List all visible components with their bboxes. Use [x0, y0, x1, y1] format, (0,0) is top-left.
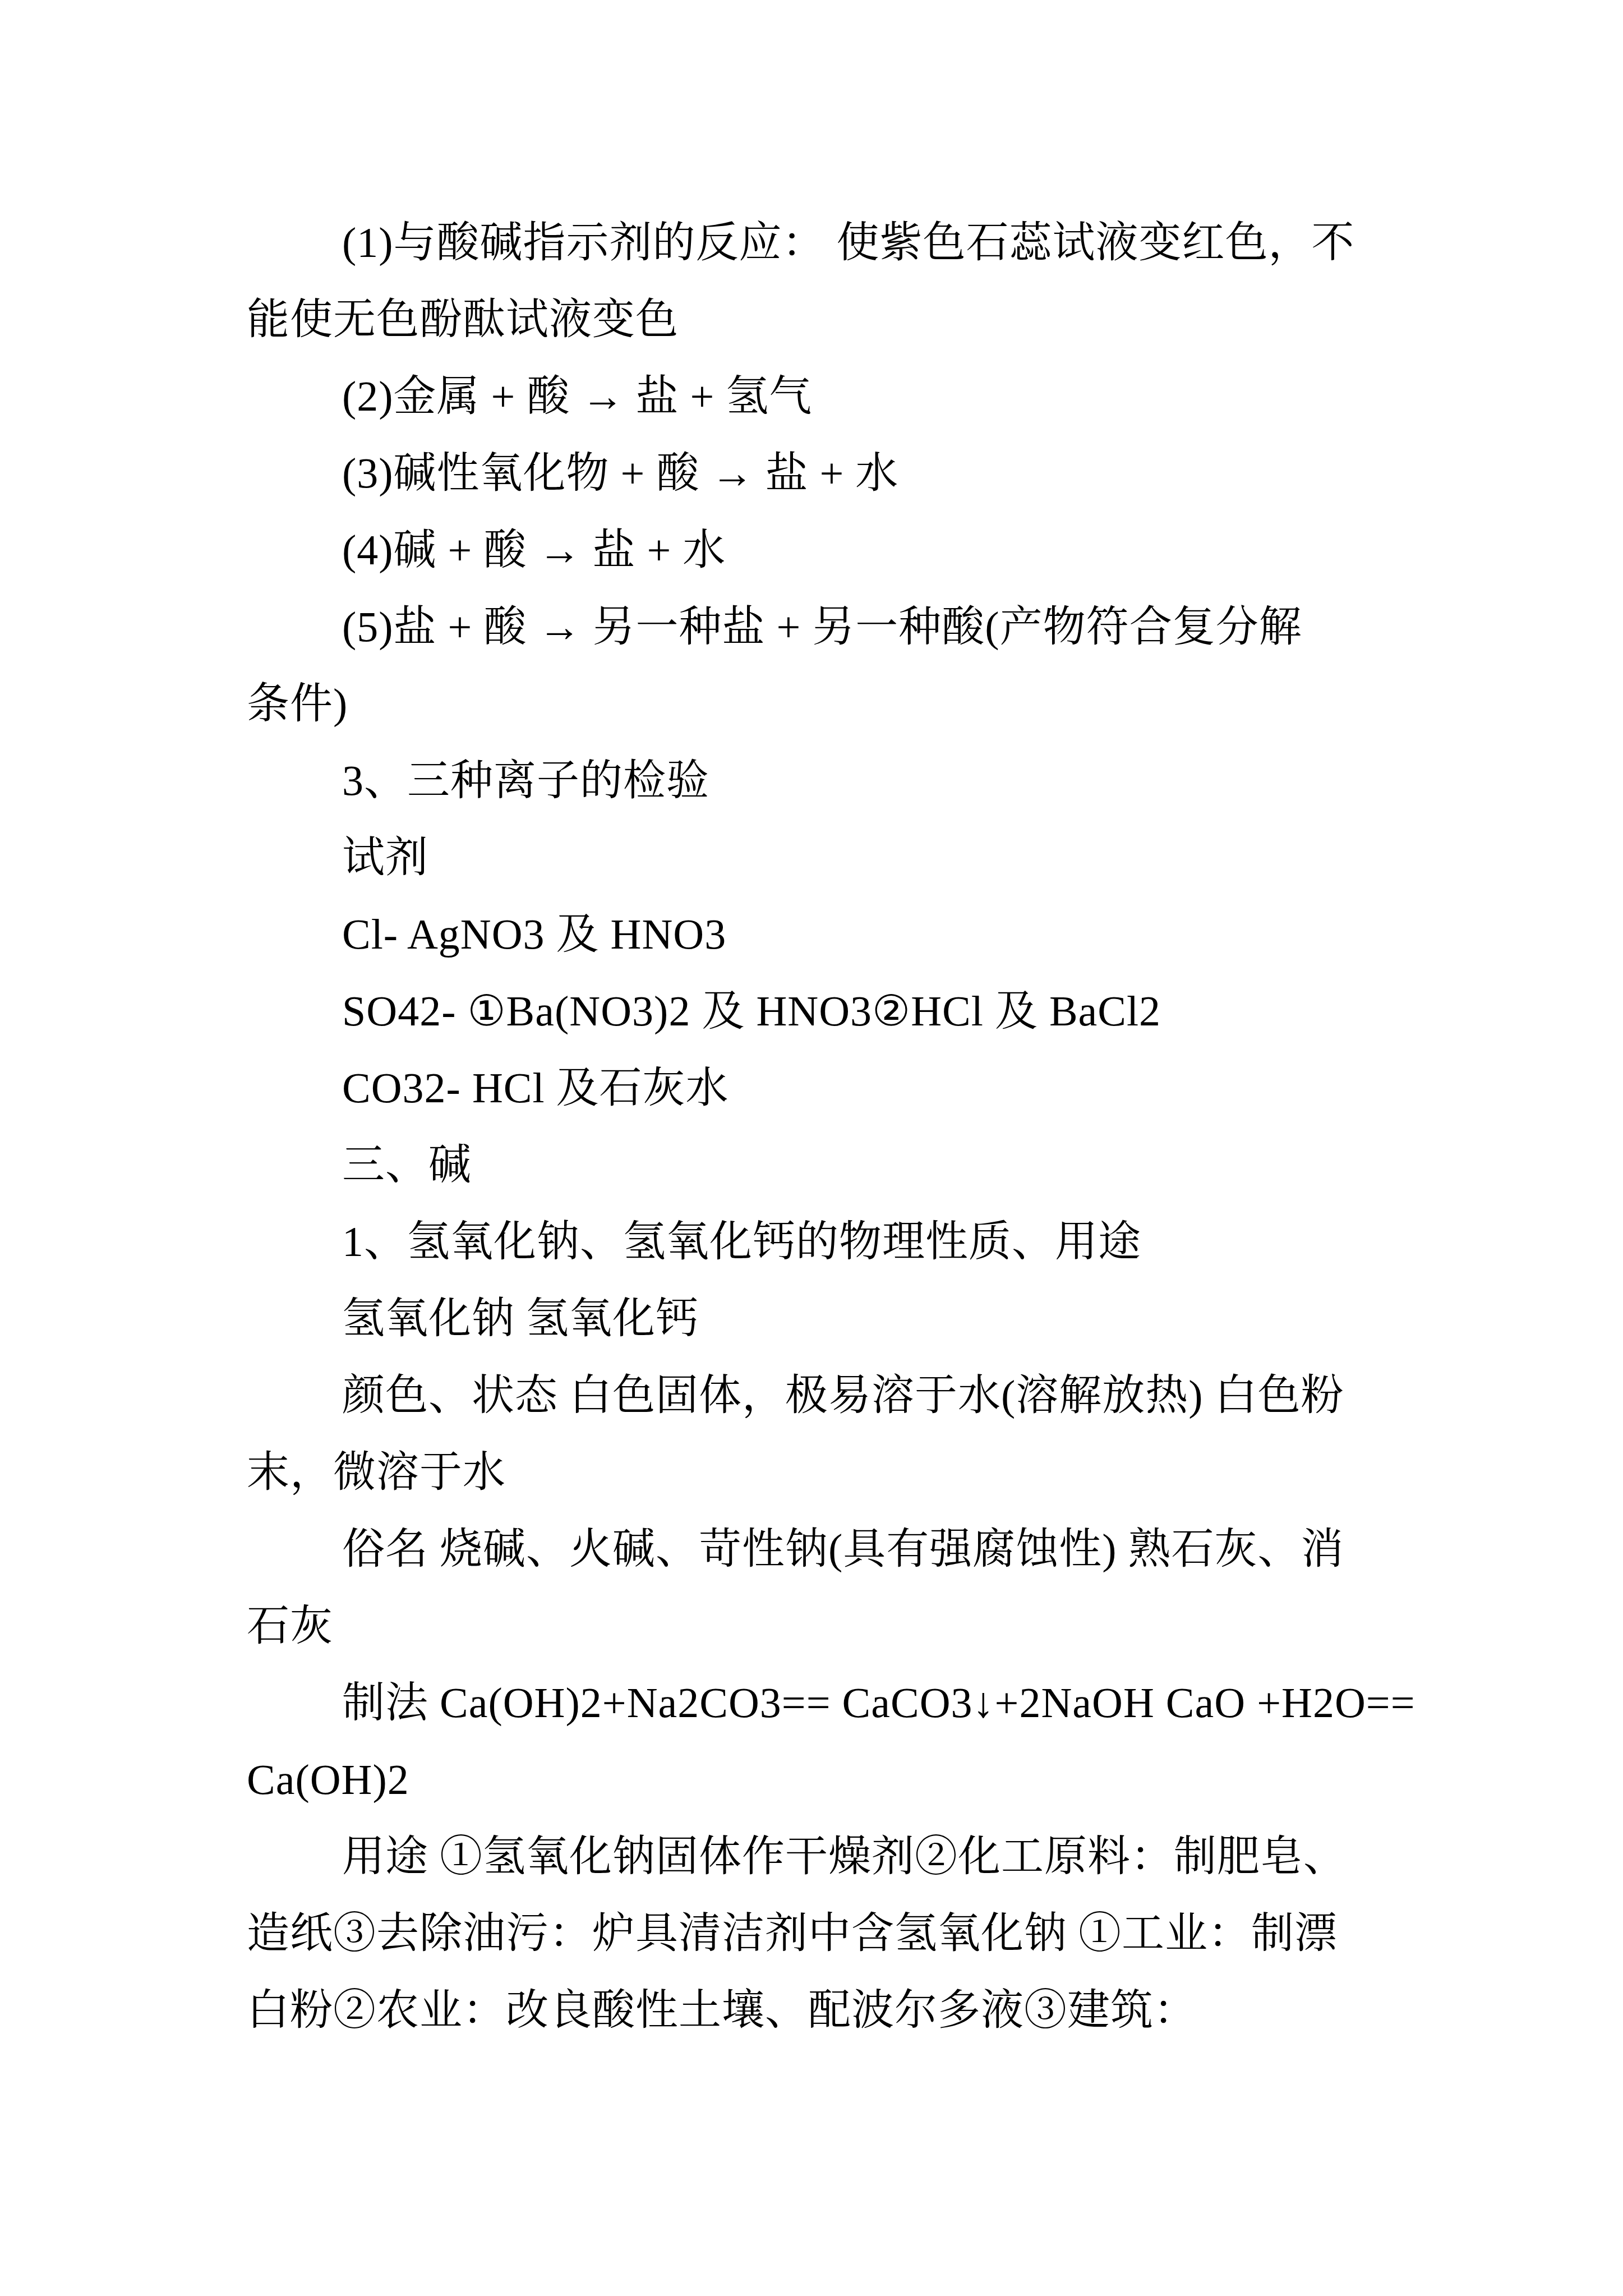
text-line: CO32- HCl 及石灰水: [247, 1050, 1410, 1127]
text-line: 末，微溶于水: [247, 1434, 1410, 1511]
document-text-block: (1)与酸碱指示剂的反应： 使紫色石蕊试液变红色，不能使无色酚酞试液变色(2)金…: [247, 205, 1410, 2049]
document-page: (1)与酸碱指示剂的反应： 使紫色石蕊试液变红色，不能使无色酚酞试液变色(2)金…: [0, 0, 1623, 2296]
text-line: 颜色、状态 白色固体，极易溶于水(溶解放热) 白色粉: [247, 1358, 1410, 1434]
text-line: 石灰: [247, 1588, 1410, 1665]
text-line: 氢氧化钠 氢氧化钙: [247, 1281, 1410, 1358]
text-line: 试剂: [247, 820, 1410, 896]
text-line: 1、氢氧化钠、氢氧化钙的物理性质、用途: [247, 1204, 1410, 1281]
text-line: 能使无色酚酞试液变色: [247, 282, 1410, 358]
text-line: (4)碱 + 酸 → 盐 + 水: [247, 512, 1410, 589]
text-line: SO42- ①Ba(NO3)2 及 HNO3②HCl 及 BaCl2: [247, 973, 1410, 1050]
text-line: 制法 Ca(OH)2+Na2CO3== CaCO3↓+2NaOH CaO +H2…: [247, 1665, 1410, 1742]
text-line: 3、三种离子的检验: [247, 743, 1410, 820]
text-line: 三、碱: [247, 1127, 1410, 1204]
text-line: (2)金属 + 酸 → 盐 + 氢气: [247, 358, 1410, 435]
text-line: 用途 ①氢氧化钠固体作干燥剂②化工原料：制肥皂、: [247, 1819, 1410, 1895]
text-line: (1)与酸碱指示剂的反应： 使紫色石蕊试液变红色，不: [247, 205, 1410, 282]
text-line: Cl- AgNO3 及 HNO3: [247, 896, 1410, 973]
text-line: 条件): [247, 666, 1410, 743]
text-line: 白粉②农业：改良酸性土壤、配波尔多液③建筑：: [247, 1972, 1410, 2049]
text-line: (3)碱性氧化物 + 酸 → 盐 + 水: [247, 435, 1410, 512]
text-line: 造纸③去除油污：炉具清洁剂中含氢氧化钠 ①工业：制漂: [247, 1895, 1410, 1972]
text-line: Ca(OH)2: [247, 1742, 1410, 1819]
text-line: 俗名 烧碱、火碱、苛性钠(具有强腐蚀性) 熟石灰、消: [247, 1511, 1410, 1588]
text-line: (5)盐 + 酸 → 另一种盐 + 另一种酸(产物符合复分解: [247, 589, 1410, 666]
